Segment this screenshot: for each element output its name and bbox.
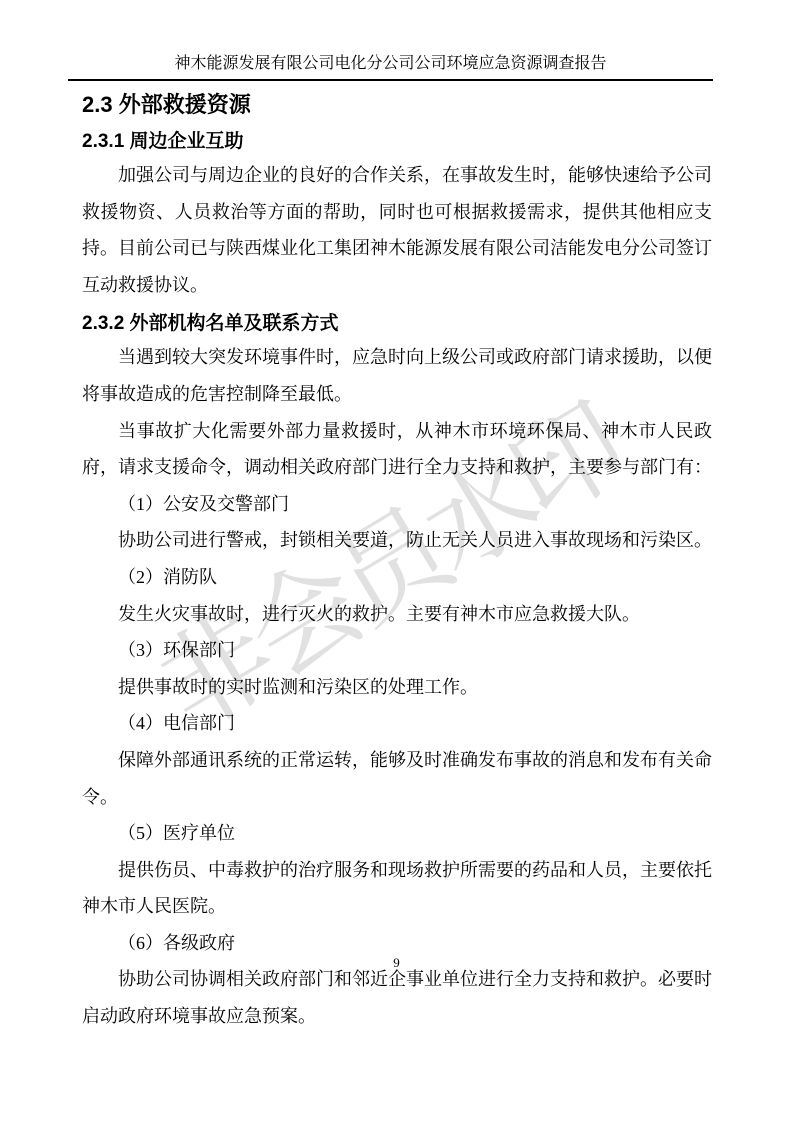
list-item-1-desc: 协助公司进行警戒，封锁相关要道，防止无关人员进入事故现场和污染区。 bbox=[82, 522, 712, 559]
page-number: 9 bbox=[0, 955, 793, 971]
subsection-heading-2-3-1: 2.3.1 周边企业互助 bbox=[82, 126, 712, 157]
subsection-heading-2-3-2: 2.3.2 外部机构名单及联系方式 bbox=[82, 308, 712, 339]
list-item-1-title: （1）公安及交警部门 bbox=[82, 486, 712, 523]
page-header: 神木能源发展有限公司电化分公司公司环境应急资源调查报告 bbox=[68, 0, 713, 81]
list-item-2-desc: 发生火灾事故时，进行灭火的救护。主要有神木市应急救援大队。 bbox=[82, 596, 712, 633]
list-item-5-title: （5）医疗单位 bbox=[82, 815, 712, 852]
content-layer: 神木能源发展有限公司电化分公司公司环境应急资源调查报告 2.3 外部救援资源 2… bbox=[0, 0, 793, 1035]
document-body: 2.3 外部救援资源 2.3.1 周边企业互助 加强公司与周边企业的良好的合作关… bbox=[82, 89, 712, 1035]
list-item-4-desc: 保障外部通讯系统的正常运转，能够及时准确发布事故的消息和发布有关命令。 bbox=[82, 742, 712, 815]
paragraph-2-3-2-intro-1: 当遇到较大突发环境事件时，应急时向上级公司或政府部门请求援助，以便将事故造成的危… bbox=[82, 339, 712, 412]
section-heading-2-3: 2.3 外部救援资源 bbox=[82, 89, 712, 121]
header-title: 神木能源发展有限公司电化分公司公司环境应急资源调查报告 bbox=[68, 54, 713, 74]
list-item-5-desc: 提供伤员、中毒救护的治疗服务和现场救护所需要的药品和人员，主要依托神木市人民医院… bbox=[82, 852, 712, 925]
list-item-3-title: （3）环保部门 bbox=[82, 632, 712, 669]
list-item-3-desc: 提供事故时的实时监测和污染区的处理工作。 bbox=[82, 669, 712, 706]
list-item-6-desc: 协助公司协调相关政府部门和邻近企事业单位进行全力支持和救护。必要时启动政府环境事… bbox=[82, 961, 712, 1034]
paragraph-2-3-2-intro-2: 当事故扩大化需要外部力量救援时，从神木市环境环保局、神木市人民政府，请求支援命令… bbox=[82, 413, 712, 486]
document-page: 非会员水印 神木能源发展有限公司电化分公司公司环境应急资源调查报告 2.3 外部… bbox=[0, 0, 793, 1122]
list-item-2-title: （2）消防队 bbox=[82, 559, 712, 596]
list-item-4-title: （4）电信部门 bbox=[82, 705, 712, 742]
paragraph-2-3-1: 加强公司与周边企业的良好的合作关系，在事故发生时，能够快速给予公司救援物资、人员… bbox=[82, 157, 712, 303]
